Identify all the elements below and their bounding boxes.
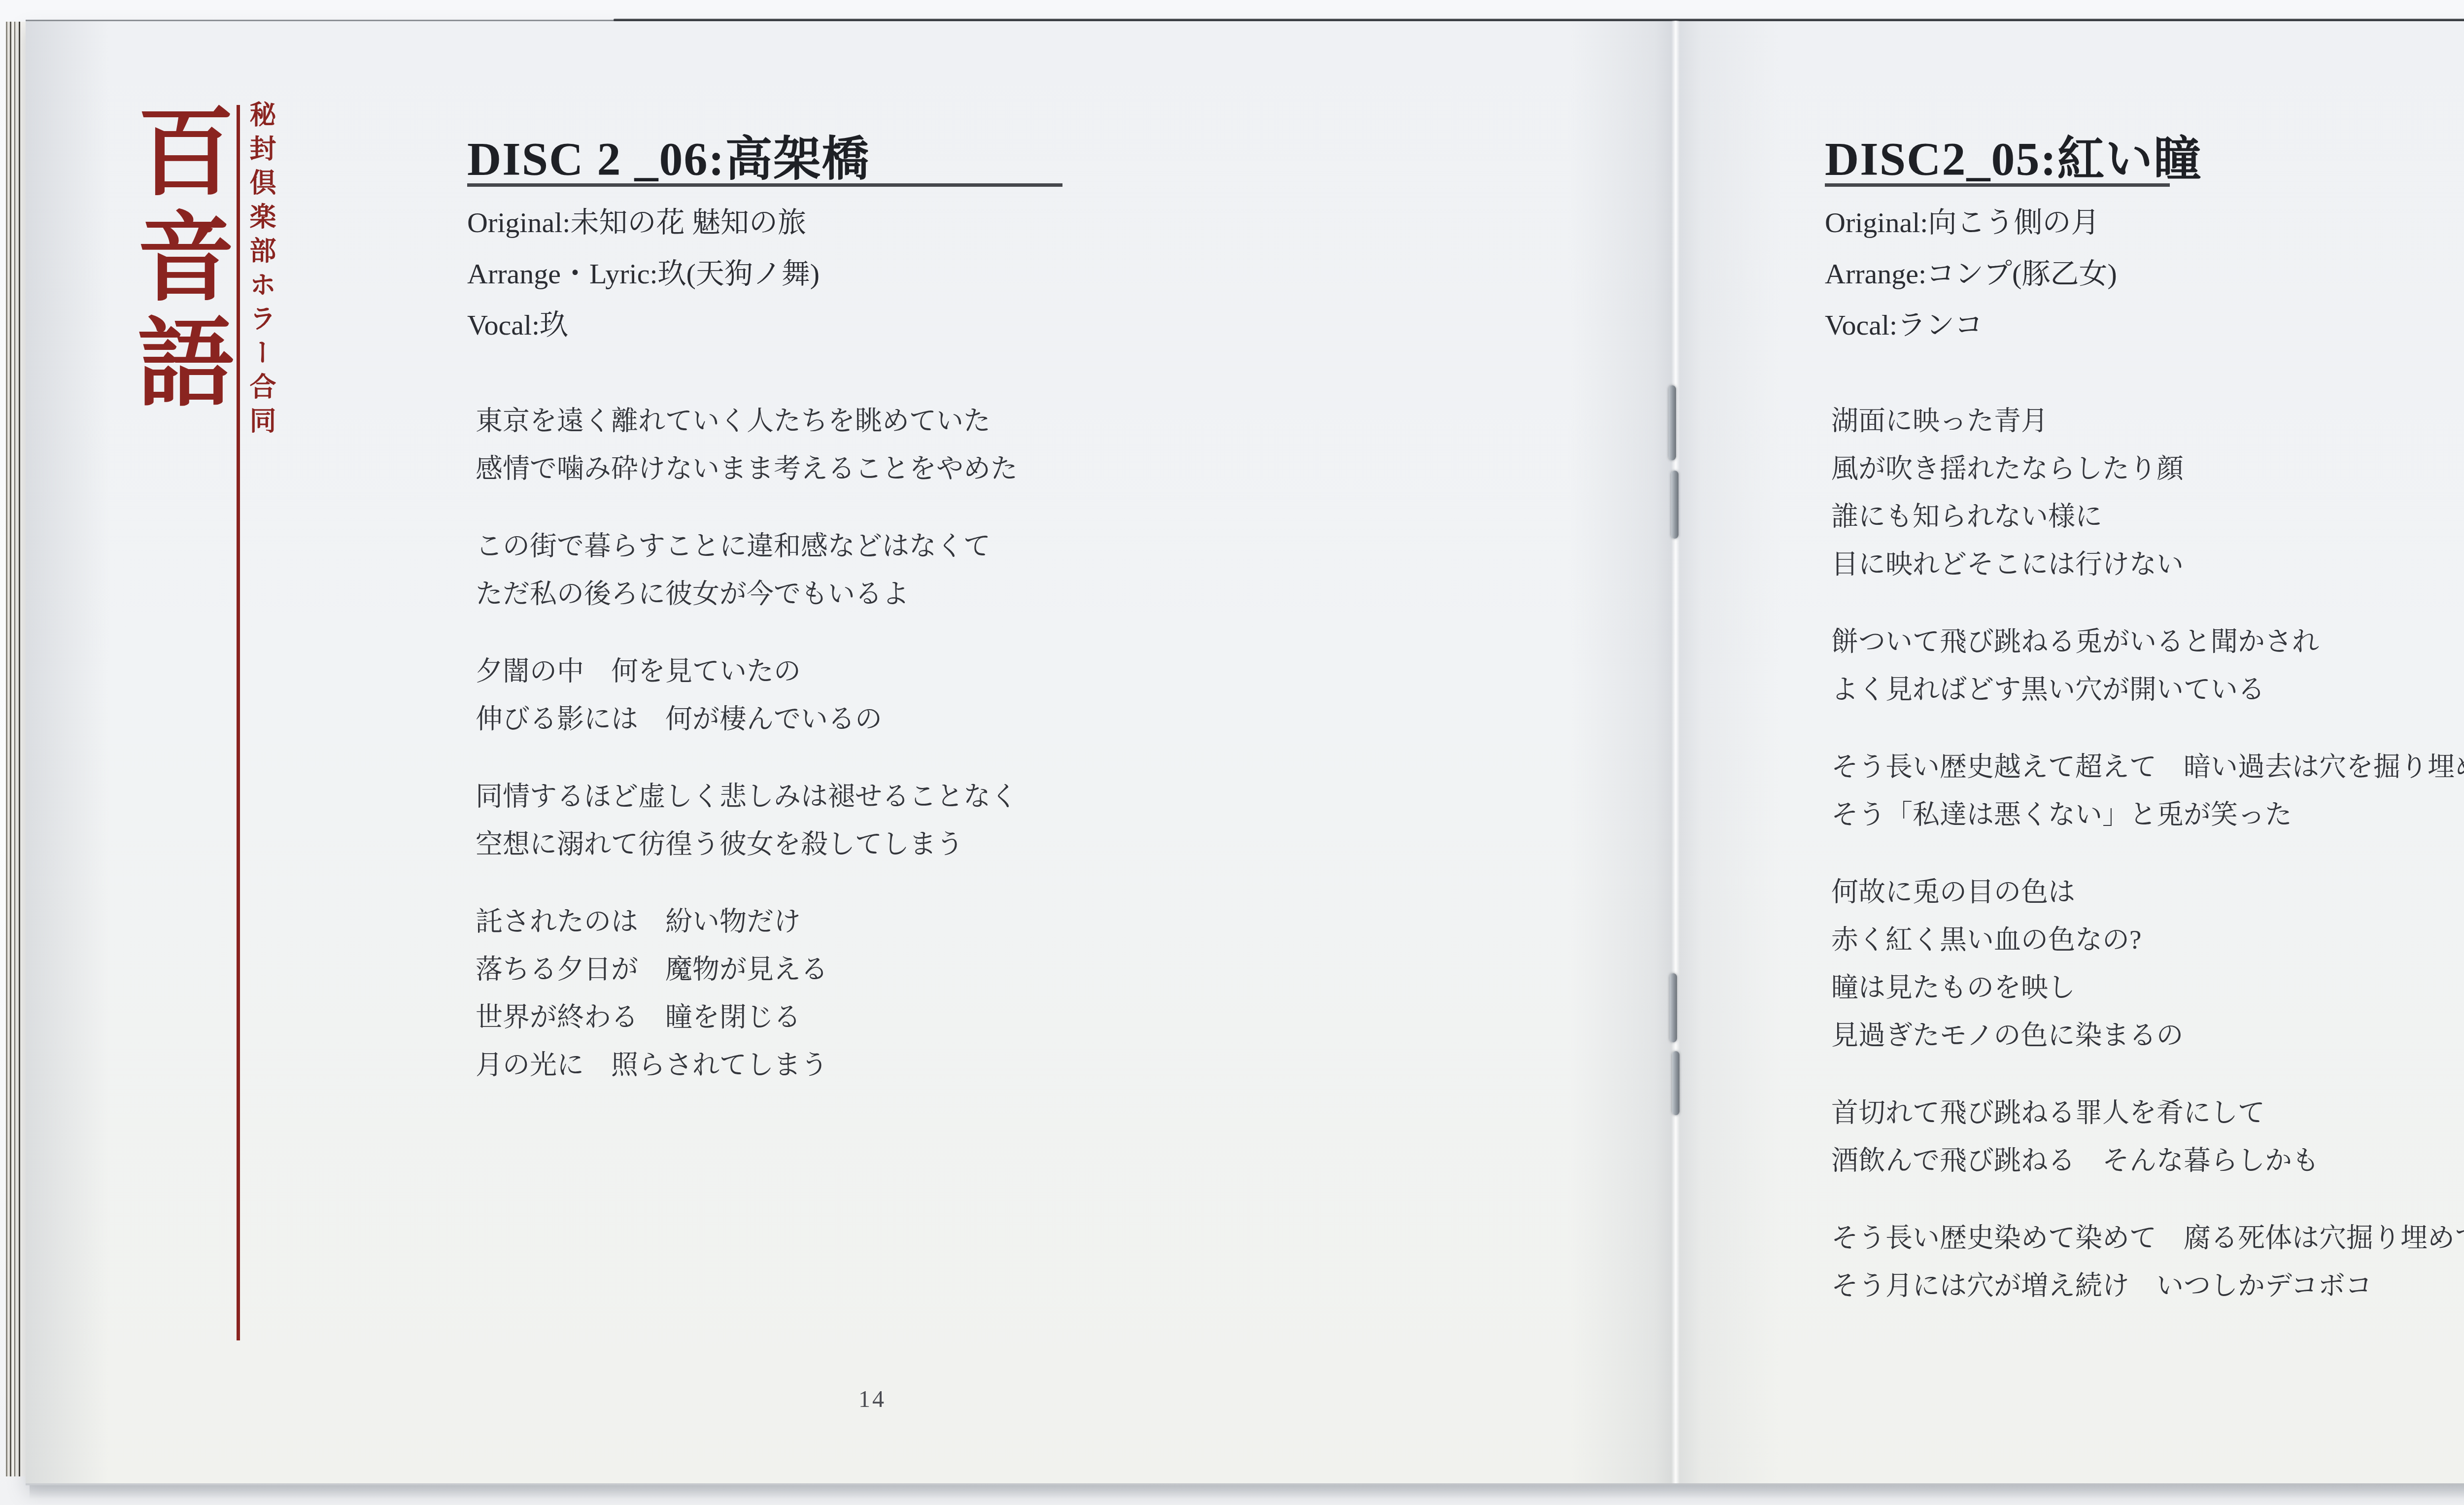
lyric-line: 感情で噛み砕けないまま考えることをやめた [476, 445, 1018, 492]
lyric-line: 落ちる夕日が 魔物が見える [476, 945, 1018, 993]
lyric-line: 目に映れどそこには行けない [1831, 540, 2464, 588]
lyric-line: 世界が終わる 瞳を閉じる [476, 993, 1018, 1041]
lyric-line: 見過ぎたモノの色に染まるの [1831, 1011, 2464, 1059]
circle-logo-vertical-title: 百音語 [127, 101, 226, 417]
booklet-bottom-shadow [30, 1485, 2464, 1499]
lyrics-stanza: 東京を遠く離れていく人たちを眺めていた感情で噛み砕けないまま考えることをやめた [476, 397, 1018, 492]
lyrics-stanza: そう長い歴史染めて染めて 腐る死体は穴掘り埋めてそう月には穴が増え続け いつしか… [1831, 1214, 2464, 1309]
lyrics-stanza: この街で暮らすことに違和感などはなくてただ私の後ろに彼女が今でもいるよ [476, 522, 1018, 617]
lyric-line: ただ私の後ろに彼女が今でもいるよ [476, 570, 1018, 617]
lyric-line: 風が吹き揺れたならしたり顔 [1831, 445, 2464, 492]
lyrics-stanza: 夕闇の中 何を見ていたの伸びる影には 何が棲んでいるの [476, 647, 1018, 743]
staple-icon [1672, 1051, 1679, 1115]
credit-line: Arrange・Lyric:玖(天狗ノ舞) [467, 248, 820, 300]
lyric-line: 空想に溺れて彷徨う彼女を殺してしまう [476, 820, 1018, 868]
credit-line: Original:未知の花 魅知の旅 [467, 197, 820, 248]
booklet-spine-crease [1570, 21, 1781, 1483]
lyric-line: そう月には穴が増え続け いつしかデコボコ [1831, 1262, 2464, 1309]
credit-line: Arrange:コンプ(豚乙女) [1825, 248, 2117, 300]
left-title-underline [467, 183, 1062, 187]
lyric-line: 東京を遠く離れていく人たちを眺めていた [476, 397, 1018, 445]
lyric-line: そう長い歴史染めて染めて 腐る死体は穴掘り埋めて [1831, 1214, 2464, 1262]
lyric-line: 餅ついて飛び跳ねる兎がいると聞かされ [1831, 617, 2464, 665]
left-track-title: DISC 2 _06:高架橋 [467, 121, 870, 189]
staple-icon [1669, 385, 1676, 460]
staple-icon [1670, 973, 1677, 1042]
left-page-number: 14 [833, 1386, 912, 1413]
lyric-line: 赤く紅く黒い血の色なの? [1831, 916, 2464, 963]
lyric-line: 瞳は見たものを映し [1831, 963, 2464, 1011]
booklet-top-edge-shadow [614, 19, 2464, 21]
lyric-line: 夕闇の中 何を見ていたの [476, 647, 1018, 695]
lyric-line: 誰にも知られない様に [1831, 492, 2464, 540]
lyric-line: この街で暮らすことに違和感などはなくて [476, 522, 1018, 570]
lyric-line: 同情するほど虚しく悲しみは褪せることなく [476, 772, 1018, 820]
lyrics-stanza: 同情するほど虚しく悲しみは褪せることなく空想に溺れて彷徨う彼女を殺してしまう [476, 772, 1018, 868]
lyric-line: そう「私達は悪くない」と兎が笑った [1831, 790, 2464, 838]
lyric-line: 何故に兎の目の色は [1831, 868, 2464, 916]
lyrics-stanza: 何故に兎の目の色は赤く紅く黒い血の色なの?瞳は見たものを映し見過ぎたモノの色に染… [1831, 868, 2464, 1059]
lyric-line: 伸びる影には 何が棲んでいるの [476, 695, 1018, 743]
lyric-line: 首切れて飛び跳ねる罪人を肴にして [1831, 1089, 2464, 1136]
left-lyrics-column: 東京を遠く離れていく人たちを眺めていた感情で噛み砕けないまま考えることをやめたこ… [476, 397, 1018, 1118]
lyrics-stanza: 餅ついて飛び跳ねる兎がいると聞かされよく見ればどす黒い穴が開いている [1831, 617, 2464, 713]
lyric-line: そう長い歴史越えて超えて 暗い過去は穴を掘り埋めて [1831, 743, 2464, 790]
credit-line: Original:向こう側の月 [1825, 197, 2117, 248]
left-track-credits: Original:未知の花 魅知の旅Arrange・Lyric:玖(天狗ノ舞)V… [467, 197, 820, 351]
lyrics-stanza: 託されたのは 紛い物だけ落ちる夕日が 魔物が見える世界が終わる 瞳を閉じる月の光… [476, 897, 1018, 1089]
lyric-line: よく見ればどす黒い穴が開いている [1831, 665, 2464, 713]
credit-line: Vocal:ランコ [1825, 300, 2117, 351]
stacked-page-edges-left [6, 22, 26, 1476]
lyric-line: 湖面に映った青月 [1831, 397, 2464, 445]
lyrics-stanza: 首切れて飛び跳ねる罪人を肴にして酒飲んで飛び跳ねる そんな暮らしかも [1831, 1089, 2464, 1184]
logo-vertical-subtitle: 秘封倶楽部ホラー合同 [246, 101, 275, 441]
staple-icon [1671, 471, 1678, 539]
lyrics-stanza: そう長い歴史越えて超えて 暗い過去は穴を掘り埋めてそう「私達は悪くない」と兎が笑… [1831, 743, 2464, 838]
right-track-credits: Original:向こう側の月Arrange:コンプ(豚乙女)Vocal:ランコ [1825, 197, 2117, 351]
lyric-line: 酒飲んで飛び跳ねる そんな暮らしかも [1831, 1136, 2464, 1184]
left-page-curve-shading [26, 21, 109, 1484]
right-track-title: DISC2_05:紅い瞳 [1825, 121, 2202, 189]
logo-vertical-rule [237, 105, 240, 1340]
lyric-line: 月の光に 照らされてしまう [476, 1041, 1018, 1089]
lyric-line: 託されたのは 紛い物だけ [476, 897, 1018, 945]
right-lyrics-column-1: 湖面に映った青月風が吹き揺れたならしたり顔誰にも知られない様に目に映れどそこには… [1831, 397, 2464, 1339]
lyrics-stanza: 湖面に映った青月風が吹き揺れたならしたり顔誰にも知られない様に目に映れどそこには… [1831, 397, 2464, 588]
scanned-booklet-spread: { "booklet": { "logo": { "main_vertical_… [0, 0, 2464, 1505]
right-title-underline [1825, 183, 2170, 187]
credit-line: Vocal:玖 [467, 300, 820, 351]
